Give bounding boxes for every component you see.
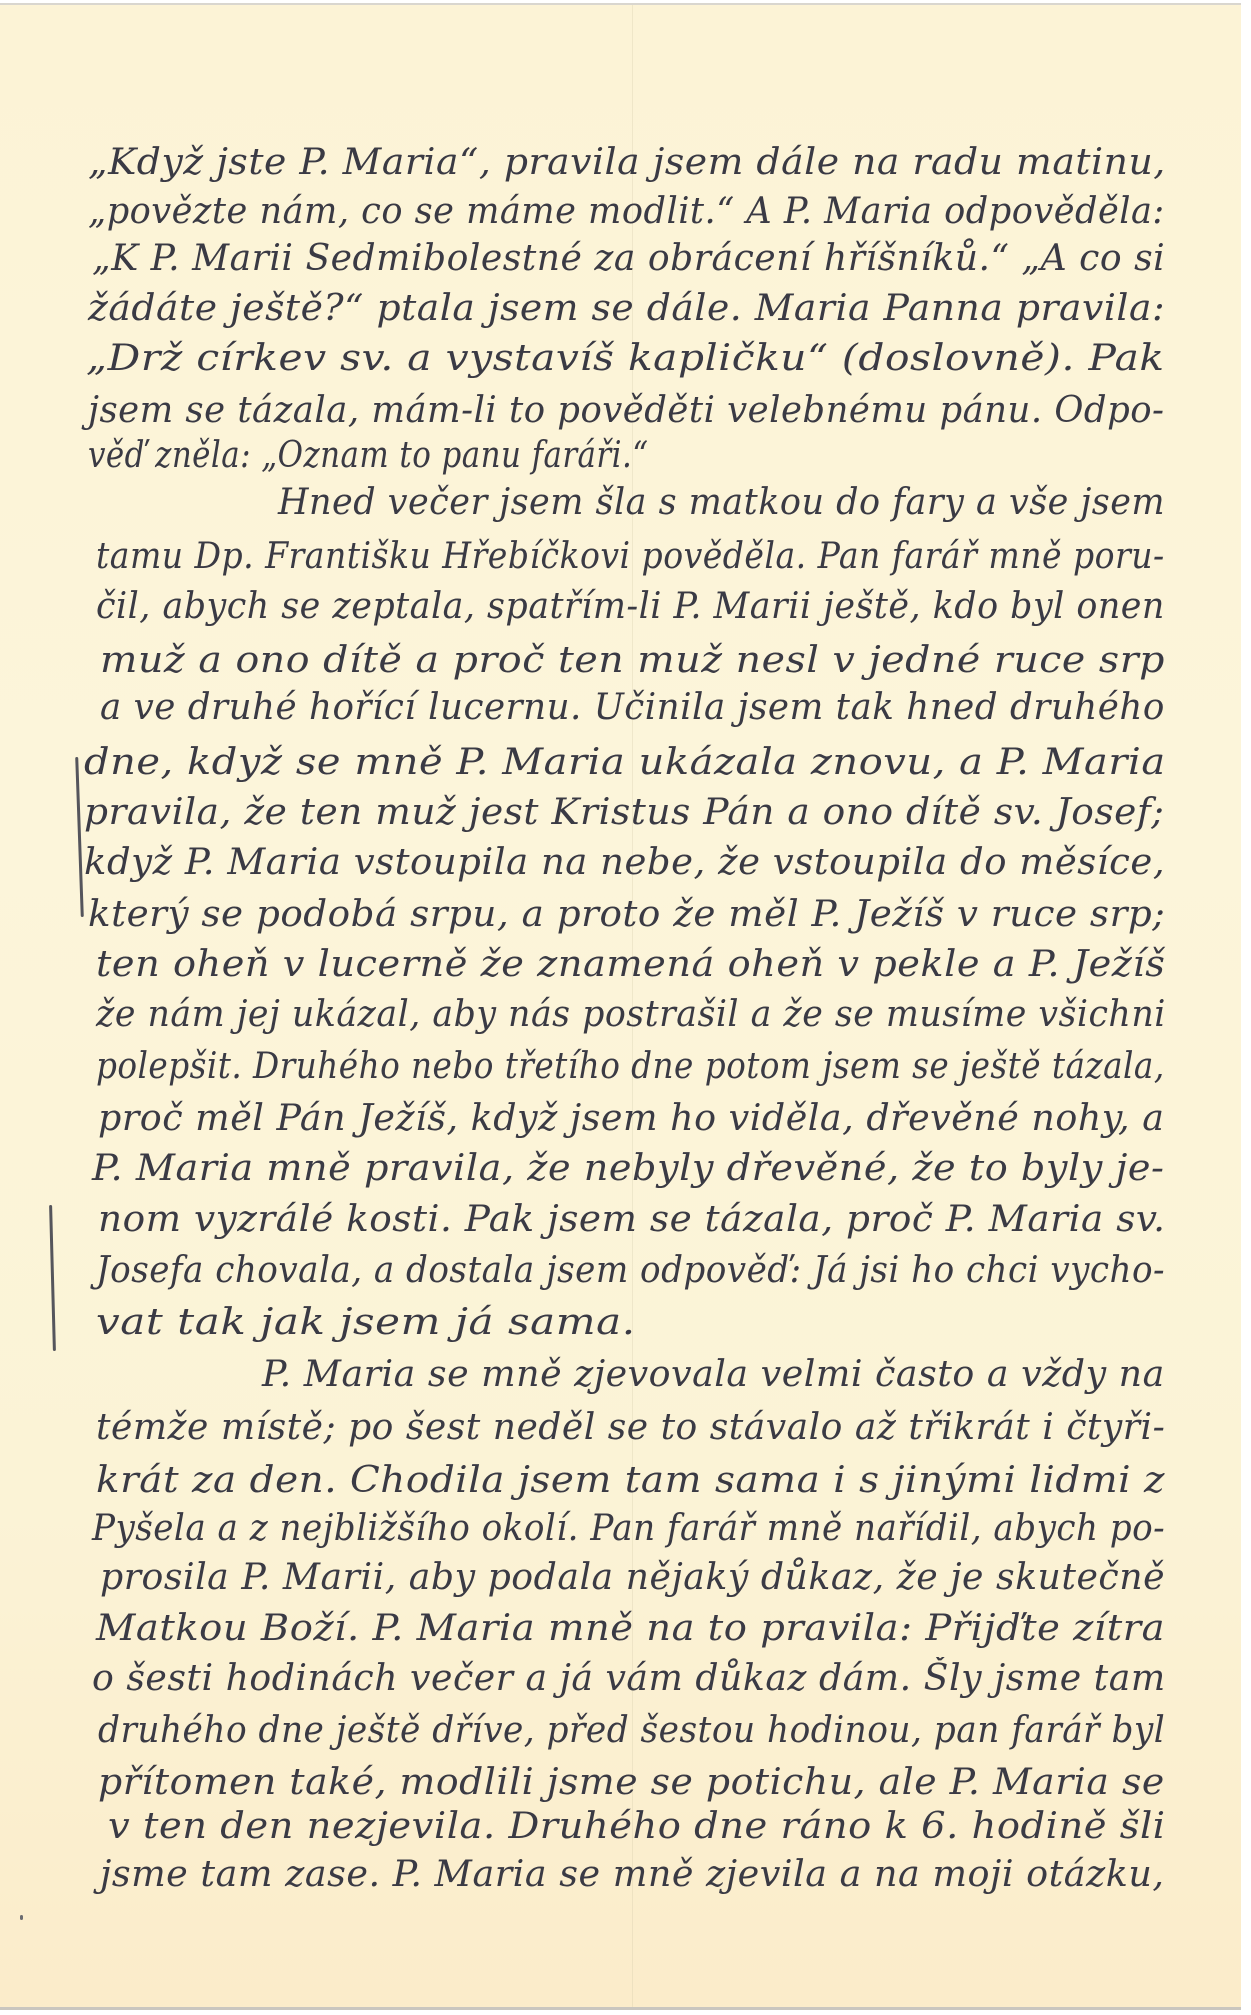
margin-bar-1 [75, 757, 84, 917]
margin-bar-2 [49, 1205, 56, 1351]
text-line: „Když jste P. Maria“, pravila jsem dále … [88, 145, 1166, 181]
text-line: krát za den. Chodila jsem tam sama i s j… [96, 1463, 1165, 1499]
text-line: muž a ono dítě a proč ten muž nesl v jed… [100, 643, 1165, 679]
text-line: když P. Maria vstoupila na nebe, že vsto… [84, 845, 1165, 881]
text-line: Matkou Boží. P. Maria mně na to pravila:… [96, 1611, 1165, 1647]
text-line: nom vyzrálé kosti. Pak jsem se tázala, p… [98, 1202, 1166, 1238]
text-line: a ve druhé hořící lucernu. Učinila jsem … [100, 690, 1165, 726]
text-line: že nám jej ukázal, aby nás postrašil a ž… [96, 997, 1166, 1033]
text-line: ten oheň v lucerně že znamená oheň v pek… [96, 947, 1165, 983]
text-line: proč měl Pán Ježíš, když jsem ho viděla,… [98, 1101, 1164, 1137]
text-line: žádáte ještě?“ ptala jsem se dále. Maria… [88, 291, 1165, 327]
text-line: P. Maria mně pravila, že nebyly dřevěné,… [92, 1151, 1165, 1187]
text-line: jsme tam zase. P. Maria se mně zjevila a… [100, 1857, 1165, 1893]
text-line: Pyšela a z nejbližšího okolí. Pan farář … [92, 1511, 1165, 1547]
text-line: „K P. Marii Sedmibolestné za obrácení hř… [92, 241, 1165, 277]
text-line: témže místě; po šest neděl se to stávalo… [96, 1410, 1165, 1446]
text-line: druhého dne ještě dříve, před šestou hod… [98, 1713, 1165, 1749]
text-line: přítomen také, modlili jsme se potichu, … [98, 1765, 1165, 1801]
text-line: dne, když se mně P. Maria ukázala znovu,… [84, 745, 1166, 781]
ink-speck [20, 1915, 23, 1920]
text-line: čil, abych se zeptala, spatřím-li P. Mar… [96, 589, 1165, 625]
text-line: který se podobá srpu, a proto že měl P. … [88, 897, 1165, 933]
text-line: o šesti hodinách večer a já vám důkaz dá… [92, 1661, 1166, 1697]
text-line: vat tak jak jsem já sama. [96, 1305, 636, 1341]
manuscript-page: „Když jste P. Maria“, pravila jsem dále … [0, 3, 1241, 2010]
text-line: Josefa chovala, a dostala jsem odpověď: … [96, 1253, 1165, 1289]
text-line: tamu Dp. Františku Hřebíčkovi pověděla. … [96, 539, 1165, 575]
text-line: P. Maria se mně zjevovala velmi často a … [262, 1357, 1165, 1393]
text-line: „povězte nám, co se máme modlit.“ A P. M… [88, 194, 1165, 230]
text-line: v ten den nezjevila. Druhého dne ráno k … [108, 1809, 1166, 1845]
text-line: Hned večer jsem šla s matkou do fary a v… [278, 485, 1165, 521]
text-line: pravila, že ten muž jest Kristus Pán a o… [84, 795, 1164, 831]
text-line: prosila P. Marii, aby podala nějaký důka… [100, 1560, 1165, 1596]
text-line: polepšit. Druhého nebo třetího dne potom… [96, 1049, 1165, 1085]
text-line: věď zněla: „Oznam to panu faráři.“ [88, 438, 648, 474]
text-line: „Drž církev sv. a vystavíš kapličku“ (do… [86, 341, 1165, 377]
text-line: jsem se tázala, mám-li to pověděti veleb… [88, 393, 1165, 429]
